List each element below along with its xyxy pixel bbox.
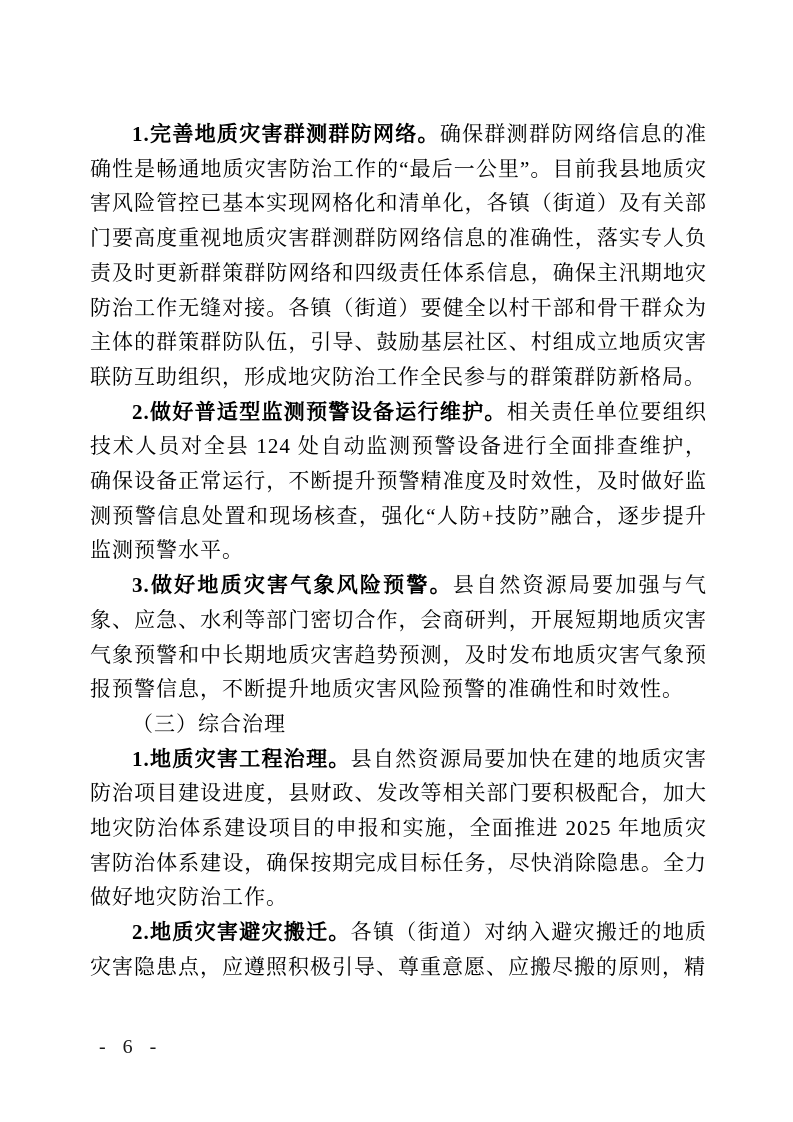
- section-heading-comprehensive-governance: （三）综合治理: [90, 707, 707, 742]
- paragraph-engineering-governance: 1.地质灾害工程治理。县自然资源局要加快在建的地质灾害防治项目建设进度，县财政、…: [90, 742, 707, 916]
- paragraph-body: 确保群测群防网络信息的准确性是畅通地质灾害防治工作的“最后一公里”。目前我县地质…: [90, 122, 707, 389]
- paragraph-lead: 2.做好普适型监测预警设备运行维护。: [132, 400, 507, 424]
- document-page: 1.完善地质灾害群测群防网络。确保群测群防网络信息的准确性是畅通地质灾害防治工作…: [0, 0, 793, 1122]
- paragraph-body: 相关责任单位要组织技术人员对全县 124 处自动监测预警设备进行全面排查维护，确…: [90, 400, 707, 563]
- page-number: - 6 -: [99, 1036, 162, 1059]
- paragraph-weather-risk-warning: 3.做好地质灾害气象风险预警。县自然资源局要加强与气象、应急、水利等部门密切合作…: [90, 568, 707, 707]
- document-body: 1.完善地质灾害群测群防网络。确保群测群防网络信息的准确性是畅通地质灾害防治工作…: [90, 117, 707, 985]
- paragraph-monitoring-network: 1.完善地质灾害群测群防网络。确保群测群防网络信息的准确性是畅通地质灾害防治工作…: [90, 117, 707, 395]
- paragraph-body: 县自然资源局要加快在建的地质灾害防治项目建设进度，县财政、发改等相关部门要积极配…: [90, 747, 707, 910]
- paragraph-lead: 3.做好地质灾害气象风险预警。: [132, 573, 453, 597]
- paragraph-warning-equipment: 2.做好普适型监测预警设备运行维护。相关责任单位要组织技术人员对全县 124 处…: [90, 395, 707, 569]
- paragraph-lead: 1.完善地质灾害群测群防网络。: [132, 122, 440, 146]
- paragraph-lead: 1.地质灾害工程治理。: [132, 747, 351, 771]
- paragraph-lead: 2.地质灾害避灾搬迁。: [132, 920, 351, 944]
- paragraph-relocation: 2.地质灾害避灾搬迁。各镇（街道）对纳入避灾搬迁的地质灾害隐患点，应遵照积极引导…: [90, 915, 707, 984]
